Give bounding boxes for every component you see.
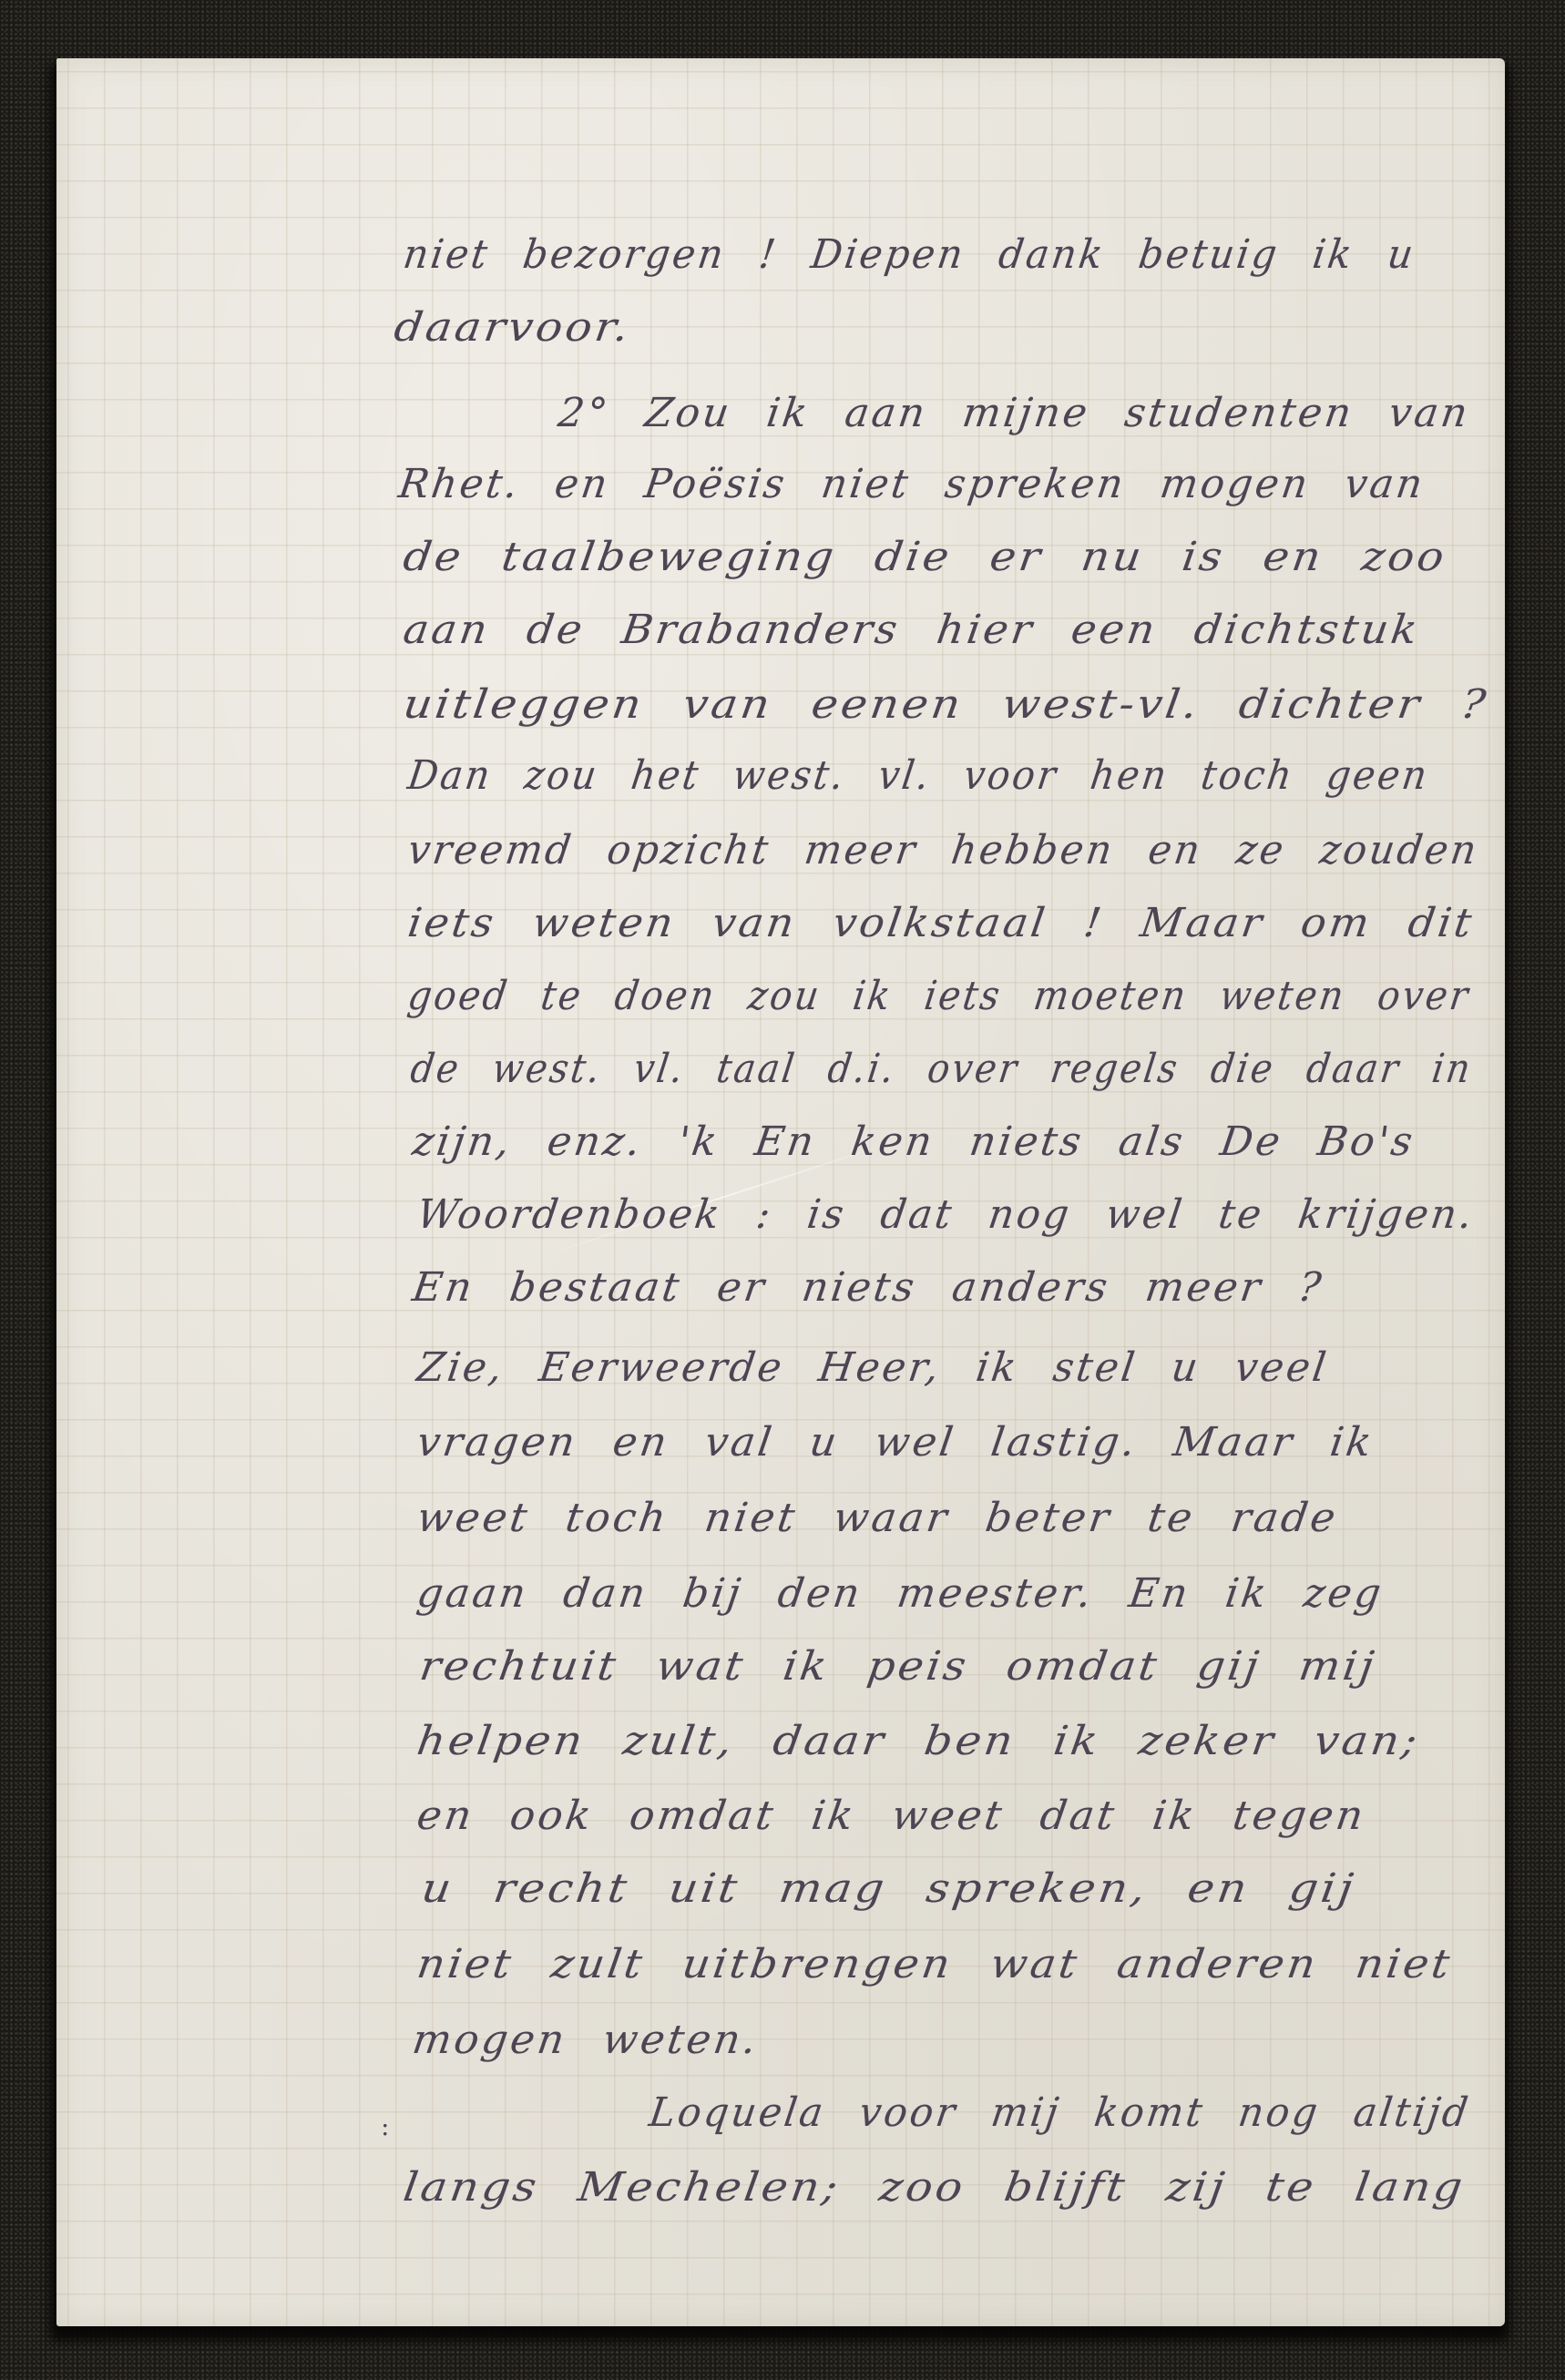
letter-line: weet toch niet waar beter te rade xyxy=(414,1498,1341,1538)
letter-line: En bestaat er niets anders meer ? xyxy=(410,1268,1326,1308)
letter-line: uitleggen van eenen west-vl. dichter ? xyxy=(401,685,1491,725)
letter-line: niet zult uitbrengen wat anderen niet xyxy=(414,1945,1455,1985)
letter-line: Woordenboek : is dat nog wel te krijgen. xyxy=(414,1195,1478,1235)
letter-line: aan de Brabanders hier een dichtstuk xyxy=(401,610,1422,650)
letter-line: vreemd opzicht meer hebben en ze zouden xyxy=(405,831,1481,871)
letter-line: de taalbeweging die er nu is en zoo xyxy=(401,537,1449,577)
letter-line: de west. vl. taal d.i. over regels die d… xyxy=(408,1049,1475,1089)
letter-line: u recht uit mag spreken, en gij xyxy=(419,1869,1358,1909)
letter-line: helpen zult, daar ben ik zeker van; xyxy=(414,1721,1423,1762)
letter-line: 2° Zou ik aan mijne studenten van xyxy=(556,393,1472,434)
letter-line: Rhet. en Poësis niet spreken mogen van xyxy=(396,465,1427,505)
letter-line: en ook omdat ik weet dat ik tegen xyxy=(414,1796,1368,1836)
letter-line: mogen weten. xyxy=(410,2020,762,2060)
letter-line: niet bezorgen ! Diepen dank betuig ik u xyxy=(401,235,1418,275)
letter-line: iets weten van volkstaal ! Maar om dit xyxy=(405,904,1477,944)
letter-line: Zie, Eerweerde Heer, ik stel u veel xyxy=(414,1348,1331,1388)
letter-line: Loquela voor mij komt nog altijd xyxy=(647,2093,1473,2133)
letter-line: rechtuit wat ik peis omdat gij mij xyxy=(417,1647,1379,1687)
letter-line: zijn, enz. 'k En ken niets als De Bo's xyxy=(410,1122,1417,1162)
letter-line: daarvoor. xyxy=(392,308,634,348)
letter-line: vragen en val u wel lastig. Maar ik xyxy=(414,1423,1376,1463)
letter-line: langs Mechelen; zoo blijft zij te lang xyxy=(401,2168,1468,2208)
letter-line: gaan dan bij den meester. En ik zeg xyxy=(414,1574,1386,1614)
margin-mark: : xyxy=(381,2111,389,2141)
letter-line: goed te doen zou ik iets moeten weten ov… xyxy=(405,976,1473,1016)
letter-line: Dan zou het west. vl. voor hen toch geen xyxy=(405,756,1432,796)
